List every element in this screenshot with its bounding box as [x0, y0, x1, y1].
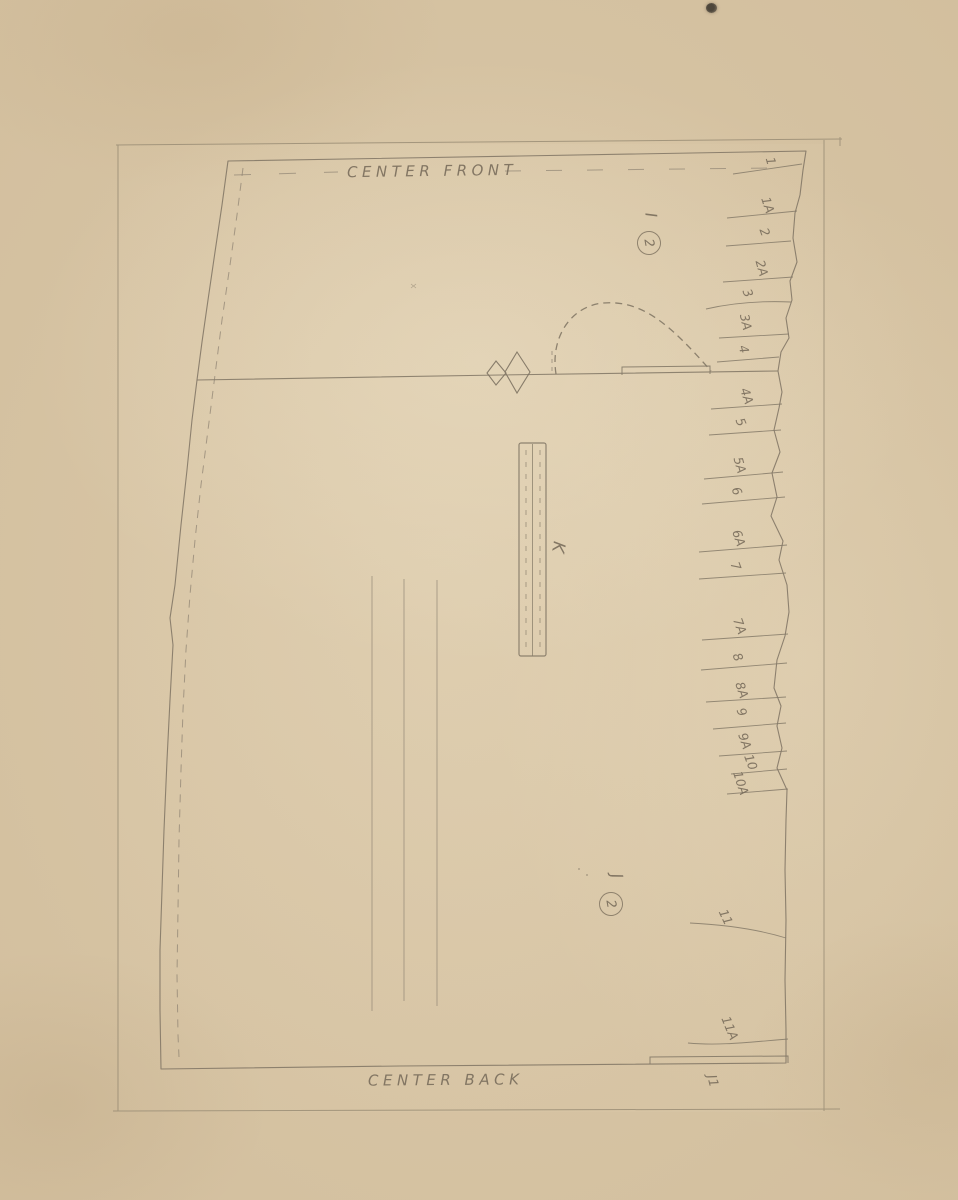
welt-rectangle	[622, 366, 710, 375]
fold-lines	[372, 576, 437, 1011]
piece-j-quantity: 2	[603, 899, 619, 910]
piece-i-label: I	[641, 212, 660, 218]
pattern-outline	[160, 151, 806, 1069]
left-seam-dashed-line	[177, 168, 243, 1057]
center-back-label: CENTER BACK	[368, 1070, 524, 1089]
pattern-drawing	[0, 0, 958, 1200]
notch-diamonds	[487, 352, 530, 393]
pencil-specks	[411, 284, 588, 876]
piece-i-quantity: 2	[641, 238, 657, 249]
dart-curve-dashed	[555, 303, 711, 374]
pattern-sheet: CENTER FRONT CENTER BACK I 2 J 2 K J1 1 …	[0, 0, 958, 1200]
k-strip	[519, 443, 546, 656]
center-front-label: CENTER FRONT	[347, 161, 517, 181]
notch-label-3a: 3A	[737, 312, 755, 331]
